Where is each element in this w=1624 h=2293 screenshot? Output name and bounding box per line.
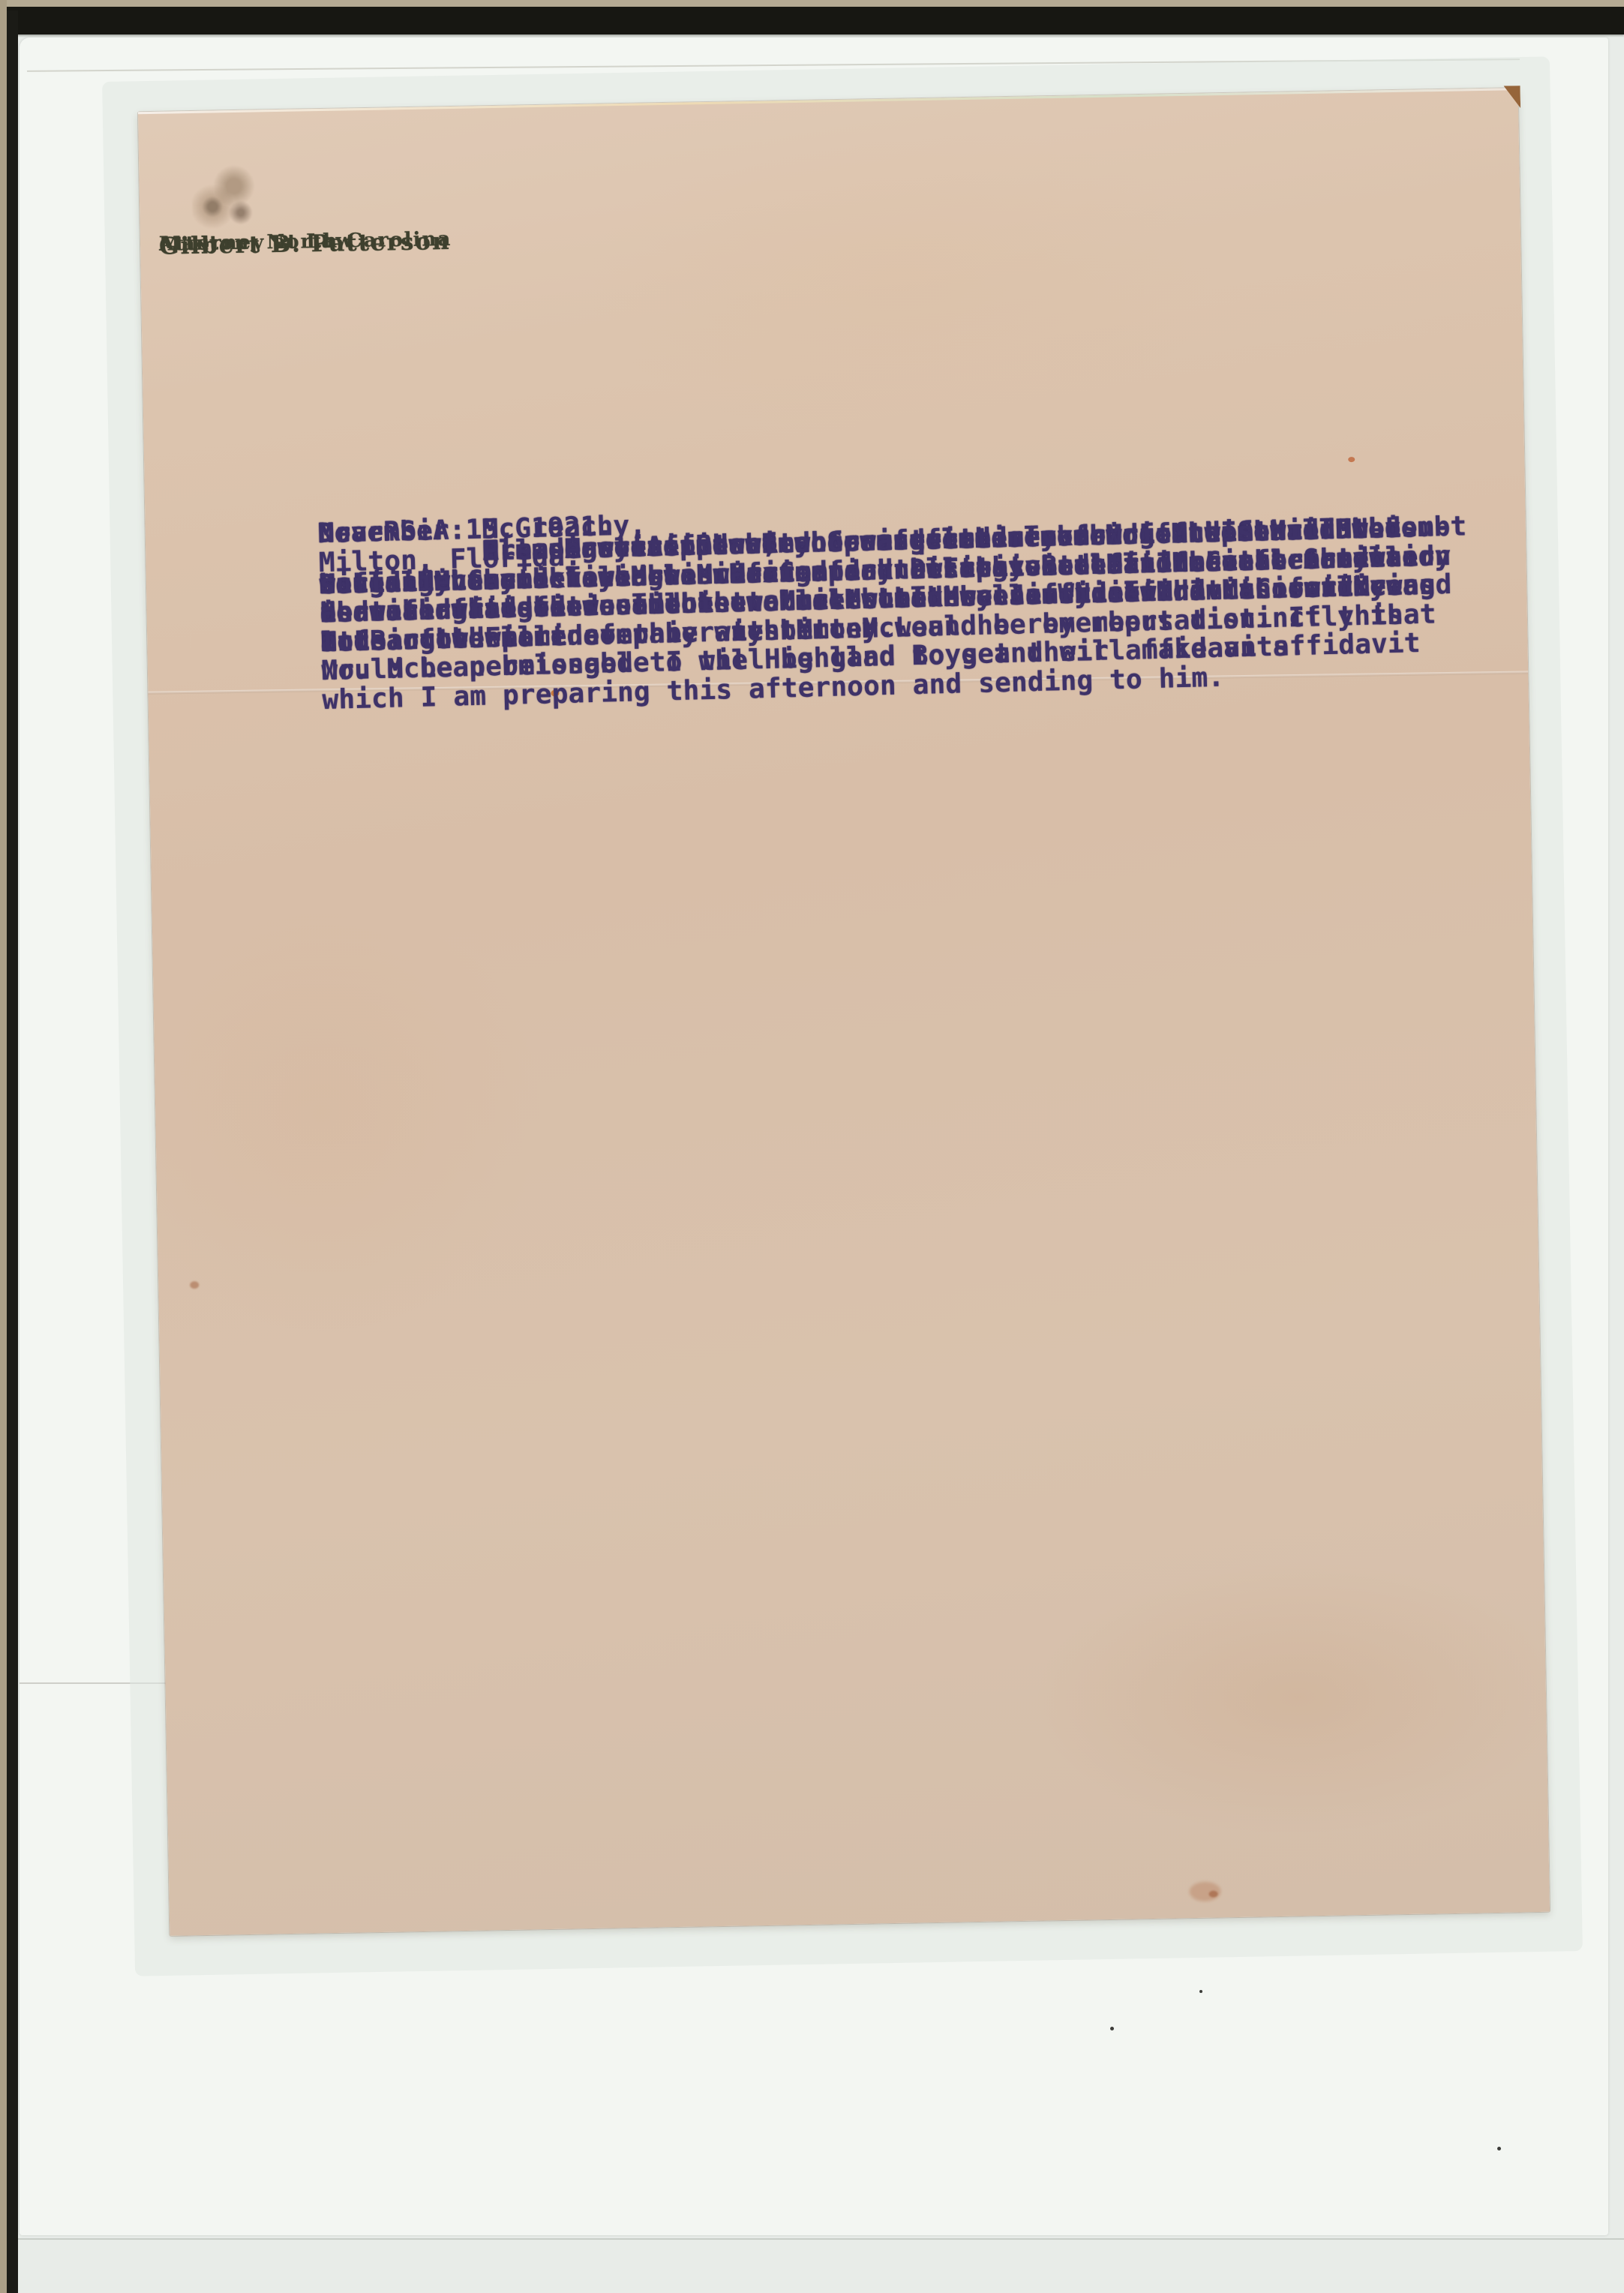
letterhead: Gilbert B. Patterson Attorney at Law Max… xyxy=(159,206,1539,230)
dust-dot xyxy=(1497,2147,1501,2150)
top-edge-strip xyxy=(0,0,1624,7)
backing-bottom-seam xyxy=(0,2238,1624,2240)
corner-chip xyxy=(1504,86,1521,108)
ink-smudge xyxy=(191,164,256,229)
typed-content: November 15, 1921. Mr. R. A. McGreachy, … xyxy=(317,489,1532,520)
dust-dot xyxy=(1199,1990,1202,1993)
rust-speck xyxy=(1348,457,1355,462)
rust-speck xyxy=(190,1281,199,1289)
letter-page: Gilbert B. Patterson Attorney at Law Max… xyxy=(138,88,1550,1936)
left-edge-strip xyxy=(0,0,7,2293)
dust-dot xyxy=(1110,2027,1114,2030)
letterhead-location: Maxton, North Carolina xyxy=(159,224,452,260)
scanned-letter-page: Gilbert B. Patterson Attorney at Law Max… xyxy=(0,0,1624,2293)
scanner-frame-left xyxy=(7,11,18,2293)
scanner-frame-top xyxy=(0,7,1624,35)
